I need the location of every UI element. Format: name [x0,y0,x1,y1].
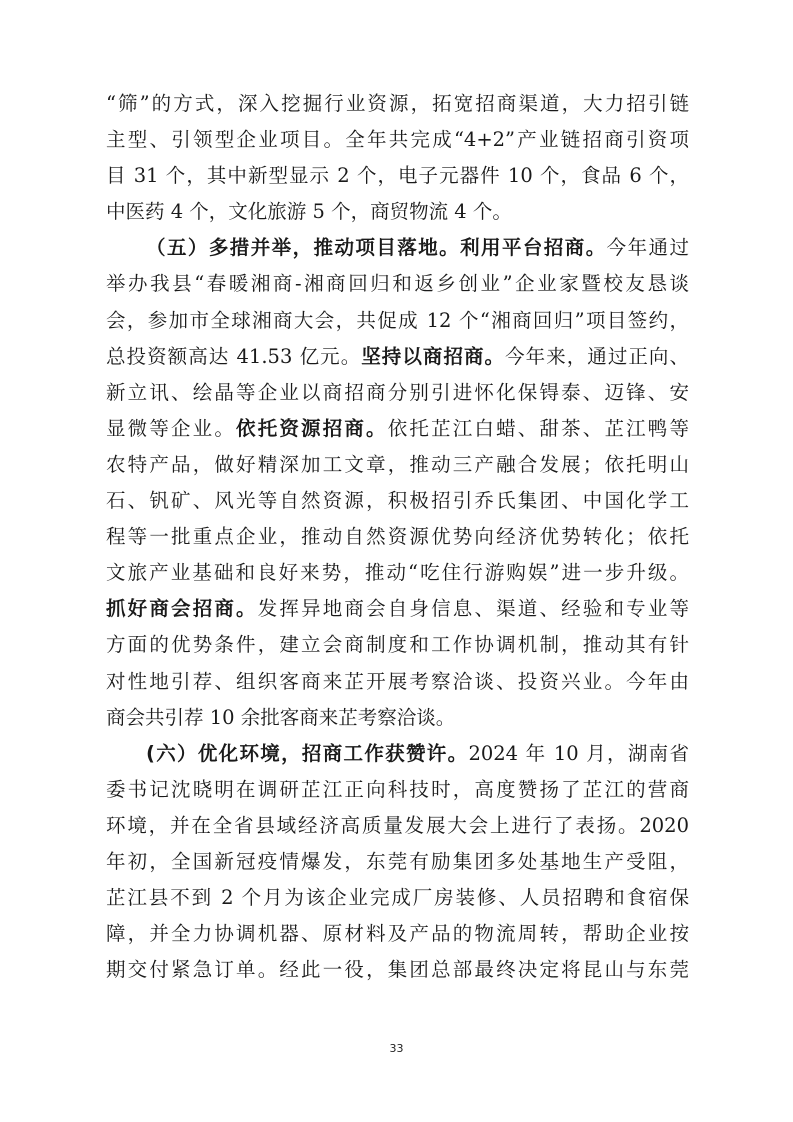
body-text-segment: 总投资额高达 41.53 亿元。 [106,345,361,368]
bold-heading-text: （五）多措并举，推动项目落地。利用平台招商。 [146,236,607,259]
body-text-segment: 新立讯、绘晶等企业以商招商分别引进怀化保锝泰、迈锋、安 [106,381,689,404]
body-text-segment: 环境，并在全省县域经济高质量发展大会上进行了表扬。2020 [106,814,689,837]
body-text-segment: 发挥异地商会自身信息、渠道、经验和专业等 [258,597,689,620]
body-text-segment: “筛”的方式，深入挖掘行业资源，拓宽招商渠道，大力招引链 [106,92,689,115]
text-line: (六）优化环境，招商工作获赞许。2024 年 10 月，湖南省 [106,736,689,772]
text-line: 新立讯、绘晶等企业以商招商分别引进怀化保锝泰、迈锋、安 [106,375,689,411]
text-line: 期交付紧急订单。经此一役，集团总部最终决定将昆山与东莞 [106,952,689,988]
body-text-segment: 农特产品，做好精深加工文章，推动三产融合发展；依托明山 [106,453,689,476]
text-line: 商会共引荐 10 余批客商来芷考察洽谈。 [106,700,689,736]
body-text-segment: 2024 年 10 月，湖南省 [468,742,689,765]
text-line: “筛”的方式，深入挖掘行业资源，拓宽招商渠道，大力招引链 [106,86,689,122]
text-line: 方面的优势条件，建立会商制度和工作协调机制，推动其有针 [106,627,689,663]
body-text-segment: 芷江县不到 2 个月为该企业完成厂房装修、人员招聘和食宿保 [106,886,689,909]
body-text-segment: 方面的优势条件，建立会商制度和工作协调机制，推动其有针 [106,633,689,656]
bold-heading-text: 抓好商会招商。 [106,597,258,620]
body-text-segment: 障，并全力协调机器、原材料及产品的物流周转，帮助企业按 [106,922,689,945]
body-text-segment: 举办我县“春暖湘商-湘商回归和返乡创业”企业家暨校友恳谈 [106,272,689,295]
text-line: 农特产品，做好精深加工文章，推动三产融合发展；依托明山 [106,447,689,483]
text-line: 芷江县不到 2 个月为该企业完成厂房装修、人员招聘和食宿保 [106,880,689,916]
text-line: 中医药 4 个，文化旅游 5 个，商贸物流 4 个。 [106,194,689,230]
text-line: 显微等企业。依托资源招商。依托芷江白蜡、甜茶、芷江鸭等 [106,411,689,447]
text-line: 会，参加市全球湘商大会，共促成 12 个“湘商回归”项目签约， [106,303,689,339]
body-text-segment: 依托芷江白蜡、甜茶、芷江鸭等 [388,417,689,440]
text-line: 目 31 个，其中新型显示 2 个，电子元器件 10 个，食品 6 个， [106,158,689,194]
bold-heading-text: (六）优化环境，招商工作获赞许。 [146,742,468,765]
text-line: 石、钒矿、风光等自然资源，积极招引乔氏集团、中国化学工 [106,483,689,519]
text-line: 文旅产业基础和良好来势，推动“吃住行游购娱”进一步升级。 [106,555,689,591]
body-text-segment: 显微等企业。 [106,417,236,440]
text-line: 总投资额高达 41.53 亿元。坚持以商招商。今年来，通过正向、 [106,339,689,375]
page-number: 33 [0,1042,793,1055]
text-line: 委书记沈晓明在调研芷江正向科技时，高度赞扬了芷江的营商 [106,772,689,808]
body-text-segment: 中医药 4 个，文化旅游 5 个，商贸物流 4 个。 [106,200,512,223]
body-text-segment: 石、钒矿、风光等自然资源，积极招引乔氏集团、中国化学工 [106,489,689,512]
text-line: 环境，并在全省县域经济高质量发展大会上进行了表扬。2020 [106,808,689,844]
body-text-segment: 今年来，通过正向、 [505,345,689,368]
body-text-segment: 主型、引领型企业项目。全年共完成“4+2”产业链招商引资项 [106,128,689,151]
text-line: 对性地引荐、组织客商来芷开展考察洽谈、投资兴业。今年由 [106,664,689,700]
body-text-segment: 会，参加市全球湘商大会，共促成 12 个“湘商回归”项目签约， [106,309,689,332]
text-line: 举办我县“春暖湘商-湘商回归和返乡创业”企业家暨校友恳谈 [106,266,689,302]
bold-heading-text: 依托资源招商。 [236,417,388,440]
text-line: 抓好商会招商。发挥异地商会自身信息、渠道、经验和专业等 [106,591,689,627]
body-text-segment: 今年通过 [607,236,689,259]
body-text-segment: 目 31 个，其中新型显示 2 个，电子元器件 10 个，食品 6 个， [106,164,689,187]
text-line: （五）多措并举，推动项目落地。利用平台招商。今年通过 [106,230,689,266]
body-text: “筛”的方式，深入挖掘行业资源，拓宽招商渠道，大力招引链主型、引领型企业项目。全… [106,86,689,988]
body-text-segment: 年初，全国新冠疫情爆发，东莞有励集团多处基地生产受阻， [106,850,689,873]
text-line: 程等一批重点企业，推动自然资源优势向经济优势转化；依托 [106,519,689,555]
body-text-segment: 对性地引荐、组织客商来芷开展考察洽谈、投资兴业。今年由 [106,670,689,693]
document-page: “筛”的方式，深入挖掘行业资源，拓宽招商渠道，大力招引链主型、引领型企业项目。全… [0,0,793,1122]
text-line: 障，并全力协调机器、原材料及产品的物流周转，帮助企业按 [106,916,689,952]
bold-heading-text: 坚持以商招商。 [361,345,505,368]
body-text-segment: 文旅产业基础和良好来势，推动“吃住行游购娱”进一步升级。 [106,561,689,584]
text-line: 年初，全国新冠疫情爆发，东莞有励集团多处基地生产受阻， [106,844,689,880]
body-text-segment: 期交付紧急订单。经此一役，集团总部最终决定将昆山与东莞 [106,958,689,981]
body-text-segment: 委书记沈晓明在调研芷江正向科技时，高度赞扬了芷江的营商 [106,778,689,801]
body-text-segment: 商会共引荐 10 余批客商来芷考察洽谈。 [106,706,455,729]
body-text-segment: 程等一批重点企业，推动自然资源优势向经济优势转化；依托 [106,525,689,548]
text-line: 主型、引领型企业项目。全年共完成“4+2”产业链招商引资项 [106,122,689,158]
